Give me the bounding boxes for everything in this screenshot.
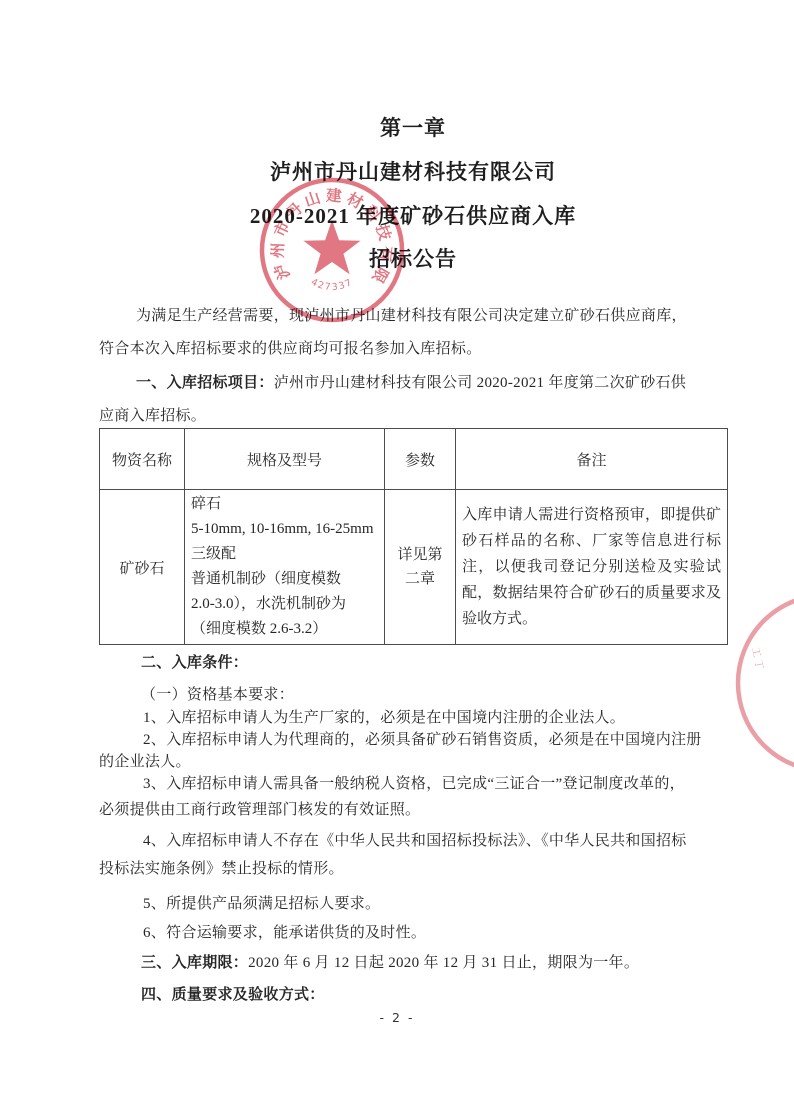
col-header-material-name: 物资名称 bbox=[100, 429, 185, 490]
section2-subheading: （一）资格基本要求： bbox=[141, 685, 294, 705]
condition-item-3-line-2: 必须提供由工商行政管理部门核发的有效证照。 bbox=[99, 800, 420, 820]
condition-item-3-line-1: 3、入库招标申请人需具备一般纳税人资格，已完成“三证合一”登记制度改革的， bbox=[143, 774, 685, 794]
section1-label: 一、入库招标项目： bbox=[136, 375, 274, 391]
edge-seal-arc-icon bbox=[738, 595, 794, 771]
cell-remarks: 入库申请人需进行资格预审，即提供矿砂石样品的名称、厂家等信息进行标注，以便我司登… bbox=[456, 490, 728, 645]
cell-parameter: 详见第二章 bbox=[385, 490, 456, 645]
col-header-remarks: 备注 bbox=[456, 429, 728, 490]
section3-label: 三、入库期限： bbox=[141, 955, 248, 971]
cell-material-name: 矿砂石 bbox=[100, 490, 185, 645]
spec-line: 5-10mm, 10-16mm, 16-25mm bbox=[191, 517, 378, 542]
spec-line: 普通机制砂（细度模数 bbox=[191, 567, 378, 592]
spec-line: 碎石 bbox=[191, 492, 378, 517]
material-spec-table: 物资名称 规格及型号 参数 备注 矿砂石 碎石 5-10mm, 10-16mm,… bbox=[99, 428, 728, 645]
chapter-heading: 第一章 bbox=[99, 112, 727, 142]
condition-item-2-line-2: 的企业法人。 bbox=[99, 752, 191, 772]
section3-text: 2020 年 6 月 12 日起 2020 年 12 月 31 日止，期限为一年… bbox=[248, 955, 639, 971]
spec-line: （细度模数 2.6-3.2） bbox=[191, 617, 378, 642]
edge-seal-glyphs: 工 丁 bbox=[749, 646, 765, 671]
document-content: 第一章 泸州市丹山建材科技有限公司 2020-2021 年度矿砂石供应商入库 招… bbox=[99, 0, 727, 1107]
section4-heading: 四、质量要求及验收方式： bbox=[141, 985, 325, 1005]
spec-line: 2.0-3.0），水洗机制砂为 bbox=[191, 592, 378, 617]
section2-heading: 二、入库条件： bbox=[141, 653, 248, 673]
section1-line-2: 应商入库招标。 bbox=[99, 406, 206, 426]
document-page: 第一章 泸州市丹山建材科技有限公司 2020-2021 年度矿砂石供应商入库 招… bbox=[0, 0, 794, 1107]
condition-item-5: 5、所提供产品须满足招标人要求。 bbox=[143, 894, 380, 914]
section1-text: 泸州市丹山建材科技有限公司 2020-2021 年度第二次矿砂石供 bbox=[274, 375, 686, 391]
intro-line-1: 为满足生产经营需要，现泸州市丹山建材科技有限公司决定建立矿砂石供应商库， bbox=[136, 306, 687, 326]
condition-item-2-line-1: 2、入库招标申请人为代理商的，必须具备矿砂石销售资质，必须是在中国境内注册 bbox=[143, 730, 702, 750]
section1-line-1: 一、入库招标项目：泸州市丹山建材科技有限公司 2020-2021 年度第二次矿砂… bbox=[136, 373, 686, 393]
announcement-title: 招标公告 bbox=[99, 243, 727, 273]
page-number: - 2 - bbox=[0, 1010, 794, 1025]
condition-item-6: 6、符合运输要求，能承诺供货的及时性。 bbox=[143, 923, 426, 943]
cell-spec-model: 碎石 5-10mm, 10-16mm, 16-25mm 三级配 普通机制砂（细度… bbox=[185, 490, 385, 645]
company-title: 泸州市丹山建材科技有限公司 bbox=[99, 156, 727, 186]
col-header-parameter: 参数 bbox=[385, 429, 456, 490]
condition-item-4-line-2: 投标法实施条例》禁止投标的情形。 bbox=[99, 859, 344, 879]
condition-item-4-line-1: 4、入库招标申请人不存在《中华人民共和国招标投标法》、《中华人民共和国招标 bbox=[143, 831, 687, 851]
intro-line-2: 符合本次入库招标要求的供应商均可报名参加入库招标。 bbox=[99, 339, 482, 359]
spec-line: 三级配 bbox=[191, 542, 378, 567]
table-header-row: 物资名称 规格及型号 参数 备注 bbox=[100, 429, 728, 490]
section3-line: 三、入库期限：2020 年 6 月 12 日起 2020 年 12 月 31 日… bbox=[141, 953, 639, 973]
table-row: 矿砂石 碎石 5-10mm, 10-16mm, 16-25mm 三级配 普通机制… bbox=[100, 490, 728, 645]
subtitle: 2020-2021 年度矿砂石供应商入库 bbox=[99, 200, 727, 230]
col-header-spec-model: 规格及型号 bbox=[185, 429, 385, 490]
condition-item-1: 1、入库招标申请人为生产厂家的，必须是在中国境内注册的企业法人。 bbox=[143, 708, 625, 728]
edge-seal: 工 丁 bbox=[738, 595, 794, 771]
